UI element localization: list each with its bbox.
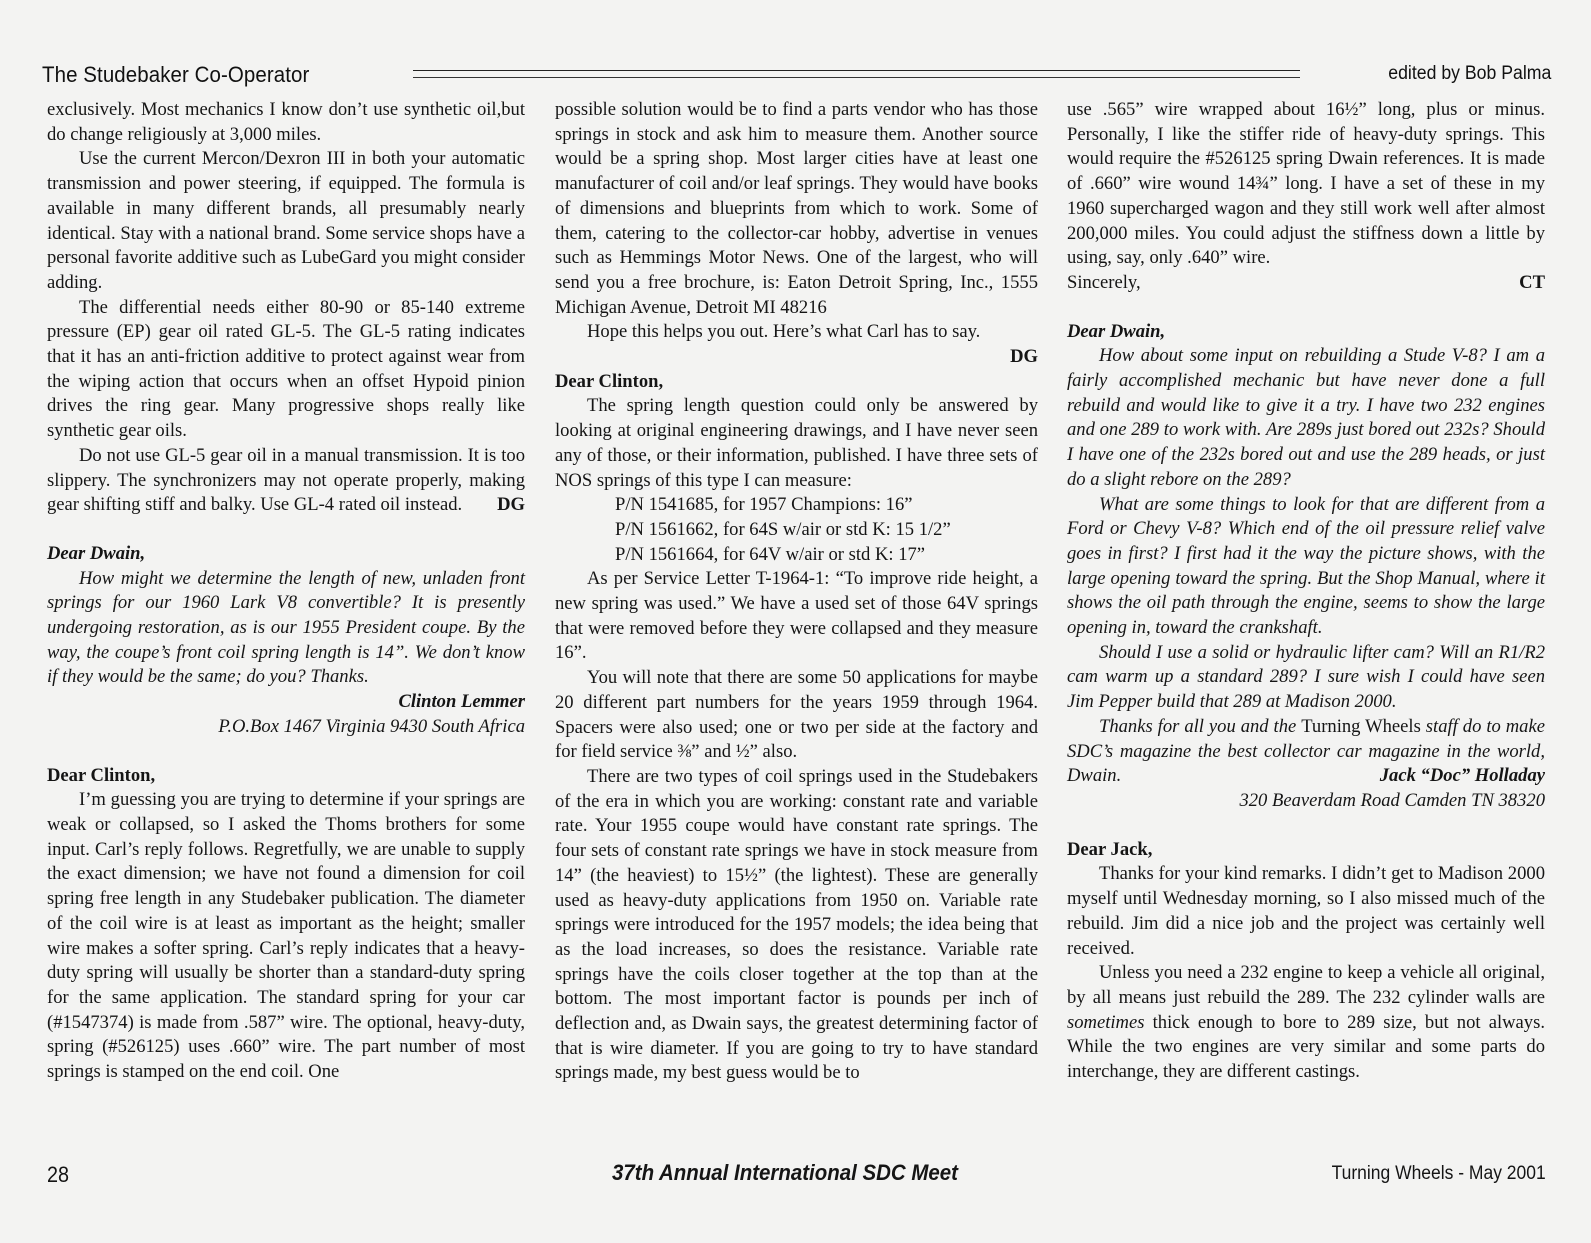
paragraph: As per Service Letter T-1964-1: “To impr…	[555, 567, 1038, 666]
signature-dg: DG	[465, 493, 525, 518]
reply-salutation: Dear Clinton,	[47, 764, 525, 789]
signature-dg: DG	[555, 345, 1038, 370]
paragraph: possible solution would be to find a par…	[555, 98, 1038, 320]
letter-salutation: Dear Dwain,	[47, 542, 525, 567]
letter-text: How might we determine the length of new…	[47, 568, 525, 688]
letter-paragraph: Should I use a solid or hydraulic lifter…	[1067, 641, 1545, 715]
header-double-rule	[413, 70, 1300, 78]
paragraph: Use the current Mercon/Dexron III in bot…	[47, 147, 525, 295]
paragraph: The differential needs either 80-90 or 8…	[47, 296, 525, 444]
letter-signature: Clinton Lemmer	[366, 690, 525, 715]
paragraph: The spring length question could only be…	[555, 394, 1038, 493]
magazine-title: Turning Wheels	[1301, 716, 1421, 737]
editor-credit: edited by Bob Palma	[1388, 63, 1551, 85]
text: Unless you need a 232 engine to keep a v…	[1067, 962, 1545, 1008]
event-banner: 37th Annual International SDC Meet	[612, 1160, 958, 1186]
letter-body: How might we determine the length of new…	[47, 567, 525, 691]
publication-issue: Turning Wheels - May 2001	[1332, 1163, 1546, 1185]
paragraph: Do not use GL-5 gear oil in a manual tra…	[47, 444, 525, 518]
letter-address: P.O.Box 1467 Virginia 9430 South Africa	[47, 715, 525, 740]
reply-paragraph: Thanks for your kind remarks. I didn’t g…	[1067, 862, 1545, 961]
page-number: 28	[47, 1162, 69, 1188]
column-2: possible solution would be to find a par…	[555, 98, 1038, 1086]
paragraph: exclusively. Most mechanics I know don’t…	[47, 98, 525, 147]
letter-address: 320 Beaverdam Road Camden TN 38320	[1067, 789, 1545, 814]
emphasis: sometimes	[1067, 1012, 1144, 1033]
signature-ct: CT	[1519, 271, 1545, 296]
paragraph-text: Do not use GL-5 gear oil in a manual tra…	[47, 445, 525, 515]
letter-signature: Jack “Doc” Holladay	[1348, 764, 1545, 789]
reply-paragraph: Unless you need a 232 engine to keep a v…	[1067, 961, 1545, 1085]
letter-paragraph: Thanks for all you and the Turning Wheel…	[1067, 715, 1545, 789]
closing: Sincerely,	[1067, 272, 1141, 293]
reply-body: I’m guessing you are trying to determine…	[47, 788, 525, 1084]
letter-paragraph: How about some input on rebuilding a Stu…	[1067, 344, 1545, 492]
paragraph: There are two types of coil springs used…	[555, 765, 1038, 1086]
part-number-line: P/N 1561664, for 64V w/air or std K: 17”	[555, 543, 1038, 568]
reply-salutation: Dear Jack,	[1067, 838, 1545, 863]
reply-salutation: Dear Clinton,	[555, 370, 1038, 395]
part-number-line: P/N 1541685, for 1957 Champions: 16”	[555, 493, 1038, 518]
paragraph: use .565” wire wrapped about 16½” long, …	[1067, 98, 1545, 271]
section-title: The Studebaker Co-Operator	[42, 62, 309, 88]
text: Thanks for all you and the	[1099, 716, 1301, 737]
column-1: exclusively. Most mechanics I know don’t…	[47, 98, 525, 1085]
column-3: use .565” wire wrapped about 16½” long, …	[1067, 98, 1545, 1085]
letter-salutation: Dear Dwain,	[1067, 320, 1545, 345]
paragraph: Hope this helps you out. Here’s what Car…	[555, 320, 1038, 345]
part-number-line: P/N 1561662, for 64S w/air or std K: 15 …	[555, 518, 1038, 543]
letter-paragraph: What are some things to look for that ar…	[1067, 493, 1545, 641]
closing-line: Sincerely,CT	[1067, 271, 1545, 296]
paragraph: You will note that there are some 50 app…	[555, 666, 1038, 765]
